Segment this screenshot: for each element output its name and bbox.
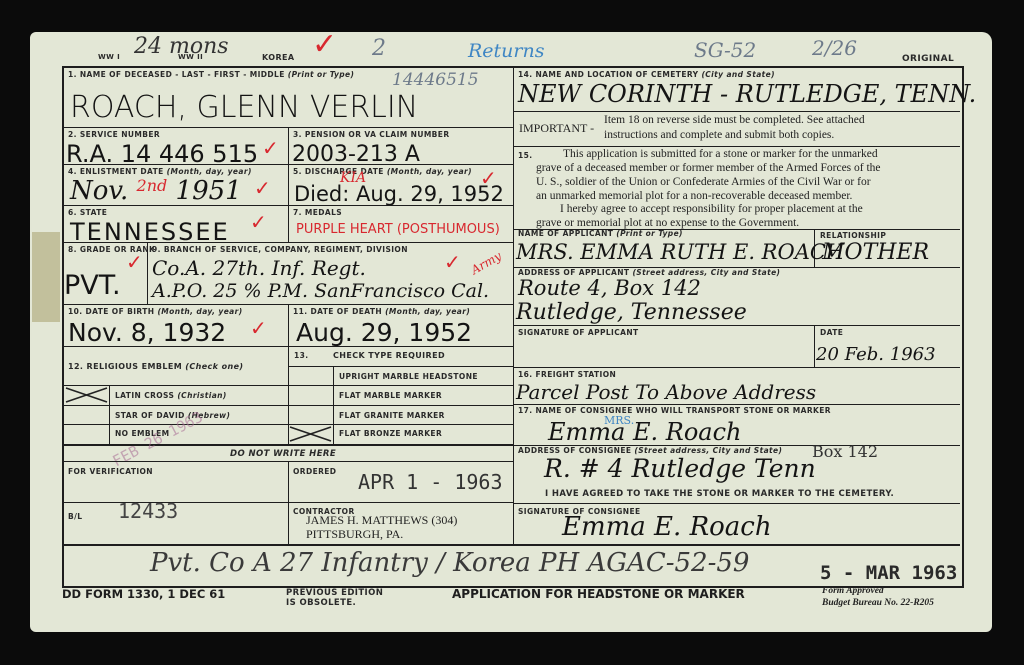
statement-line: grave or memorial plot at no expense to … <box>536 217 799 229</box>
service-number-label: 2. SERVICE NUMBER <box>68 130 160 139</box>
inscription-handwriting: Pvt. Co A 27 Infantry / Korea PH AGAC-52… <box>150 548 749 578</box>
important-label: IMPORTANT - <box>519 121 594 136</box>
dod-value[interactable]: Aug. 29, 1952 <box>296 318 472 347</box>
cemetery-label: 14. NAME AND LOCATION OF CEMETERY (City … <box>518 70 775 79</box>
consignee-name-label: 17. NAME OF CONSIGNEE WHO WILL TRANSPORT… <box>518 406 831 415</box>
check-icon: ✓ <box>254 178 271 198</box>
pension-claim-label: 3. PENSION OR VA CLAIM NUMBER <box>293 130 450 139</box>
form-number: DD FORM 1330, 1 DEC 61 <box>62 587 225 601</box>
annotation-sg: SG-52 <box>694 38 756 62</box>
check-icon: ✓ <box>480 168 497 188</box>
annotation-fraction: 2/26 <box>812 36 857 60</box>
type-option-flat-marble[interactable]: FLAT MARBLE MARKER <box>339 391 442 400</box>
type-option-flat-bronze[interactable]: FLAT BRONZE MARKER <box>339 429 442 438</box>
applicant-signature-label: SIGNATURE OF APPLICANT <box>518 328 639 337</box>
freight-station-label: 16. FREIGHT STATION <box>518 370 616 379</box>
applicant-name-value[interactable]: MRS. EMMA RUTH E. ROACH <box>516 240 844 264</box>
important-line-1: Item 18 on reverse side must be complete… <box>604 114 865 126</box>
state-label: 6. STATE <box>68 208 107 217</box>
name-of-deceased-value[interactable]: ROACH, GLENN VERLIN <box>70 90 418 125</box>
check-icon: ✓ <box>250 212 267 232</box>
relationship-label: RELATIONSHIP <box>820 231 886 240</box>
name-of-deceased-label: 1. NAME OF DECEASED - LAST - FIRST - MID… <box>68 70 354 79</box>
dod-label: 11. DATE OF DEATH (Month, day, year) <box>293 307 470 316</box>
medals-value[interactable]: PURPLE HEART (POSTHUMOUS) <box>296 222 500 237</box>
type-option-flat-granite[interactable]: FLAT GRANITE MARKER <box>339 411 445 420</box>
x-mark-icon <box>64 386 109 404</box>
check-icon: ✓ <box>262 138 279 158</box>
statement-line: This application is submitted for a ston… <box>563 148 878 160</box>
type-required-label: CHECK TYPE REQUIRED <box>333 351 445 360</box>
dob-label: 10. DATE OF BIRTH (Month, day, year) <box>68 307 243 316</box>
check-icon: ✓ <box>444 252 461 272</box>
bl-value: 12433 <box>118 499 178 523</box>
dob-value[interactable]: Nov. 8, 1932 <box>68 318 226 347</box>
branch-label: 9. BRANCH OF SERVICE, COMPANY, REGIMENT,… <box>152 245 408 254</box>
for-verification-label: FOR VERIFICATION <box>68 467 153 476</box>
type-required-number: 13. <box>294 351 309 360</box>
bottom-date-stamp: 5 - MAR 1963 <box>820 562 957 584</box>
discharge-date-label: 5. DISCHARGE DATE (Month, day, year) <box>293 167 472 176</box>
type-option-upright[interactable]: UPRIGHT MARBLE HEADSTONE <box>339 372 478 381</box>
ww1-label: WW I <box>98 53 120 61</box>
emblem-option-latin-cross[interactable]: LATIN CROSS (Christian) <box>115 391 227 400</box>
discharge-date-value[interactable]: Died: Aug. 29, 1952 <box>294 182 504 206</box>
date-label: DATE <box>820 328 843 337</box>
form-approved: Form Approved <box>822 586 884 596</box>
branch-line-1[interactable]: Co.A. 27th. Inf. Regt. <box>152 256 366 280</box>
branch-line-2[interactable]: A.P.O. 25 % P.M. SanFrancisco Cal. <box>152 280 489 302</box>
ordered-date-stamp: APR 1 - 1963 <box>358 470 503 494</box>
previous-edition-line-1: PREVIOUS EDITION <box>286 588 383 598</box>
consignee-signature-value[interactable]: Emma E. Roach <box>562 512 772 542</box>
statement-line: I hereby agree to accept responsibility … <box>560 203 863 215</box>
budget-bureau-number: Budget Bureau No. 22-R205 <box>822 598 934 608</box>
contractor-line-1: JAMES H. MATTHEWS (304) <box>306 513 457 528</box>
korea-label: KOREA <box>262 53 294 62</box>
date-value[interactable]: 20 Feb. 1963 <box>816 344 936 365</box>
box-annotation: Box 142 <box>812 442 878 461</box>
consignee-address-value[interactable]: R. # 4 Rutledge Tenn <box>544 454 816 483</box>
emblem-option-star-of-david[interactable]: STAR OF DAVID (Hebrew) <box>115 411 230 420</box>
statement-line: an unmarked memorial plot for a non-reco… <box>536 190 852 202</box>
enlistment-date-value[interactable]: Nov. 2nd 1951 <box>70 176 242 206</box>
korea-check-icon: ✓ <box>312 30 337 60</box>
cemetery-value[interactable]: NEW CORINTH - RUTLEDGE, TENN. <box>518 80 976 108</box>
do-not-write-heading: DO NOT WRITE HERE <box>230 449 336 459</box>
statement-line: grave of a deceased member or former mem… <box>536 162 881 174</box>
check-icon: ✓ <box>126 252 143 272</box>
contractor-line-2: PITTSBURGH, PA. <box>306 527 403 542</box>
religious-emblem-label: 12. RELIGIOUS EMBLEM (Check one) <box>68 362 243 371</box>
column-divider <box>513 66 514 544</box>
x-mark-icon <box>288 425 333 443</box>
agreement-text: I HAVE AGREED TO TAKE THE STONE OR MARKE… <box>545 489 894 499</box>
enlistment-date-label: 4. ENLISTMENT DATE (Month, day, year) <box>68 167 252 176</box>
important-line-2: instructions and complete and submit bot… <box>604 129 834 141</box>
form-title: APPLICATION FOR HEADSTONE OR MARKER <box>452 587 745 601</box>
applicant-address-line-2[interactable]: Rutledge, Tennessee <box>516 300 747 325</box>
previous-edition-line-2: IS OBSOLETE. <box>286 598 356 608</box>
annotation-service-no: 14446515 <box>392 70 479 90</box>
applicant-address-line-1[interactable]: Route 4, Box 142 <box>518 276 701 300</box>
annotation-returns: Returns <box>468 40 545 62</box>
bl-label: B/L <box>68 512 82 521</box>
annotation-2: 2 <box>372 36 386 61</box>
check-icon: ✓ <box>250 318 267 338</box>
freight-station-value[interactable]: Parcel Post To Above Address <box>516 380 816 404</box>
ordered-label: ORDERED <box>293 467 336 476</box>
relationship-value[interactable]: MOTHER <box>822 240 929 265</box>
original-label: ORIGINAL <box>902 54 954 64</box>
annotation-24-mons: 24 mons <box>134 34 229 59</box>
grade-value[interactable]: PVT. <box>64 270 121 301</box>
statement-number: 15. <box>518 151 533 160</box>
medals-label: 7. MEDALS <box>293 208 342 217</box>
consignee-name-value[interactable]: Emma E. Roach <box>548 418 741 446</box>
tape-strip <box>32 232 60 322</box>
statement-line: U. S., soldier of the Union or Confedera… <box>536 176 871 188</box>
applicant-name-label: NAME OF APPLICANT (Print or Type) <box>518 229 683 238</box>
